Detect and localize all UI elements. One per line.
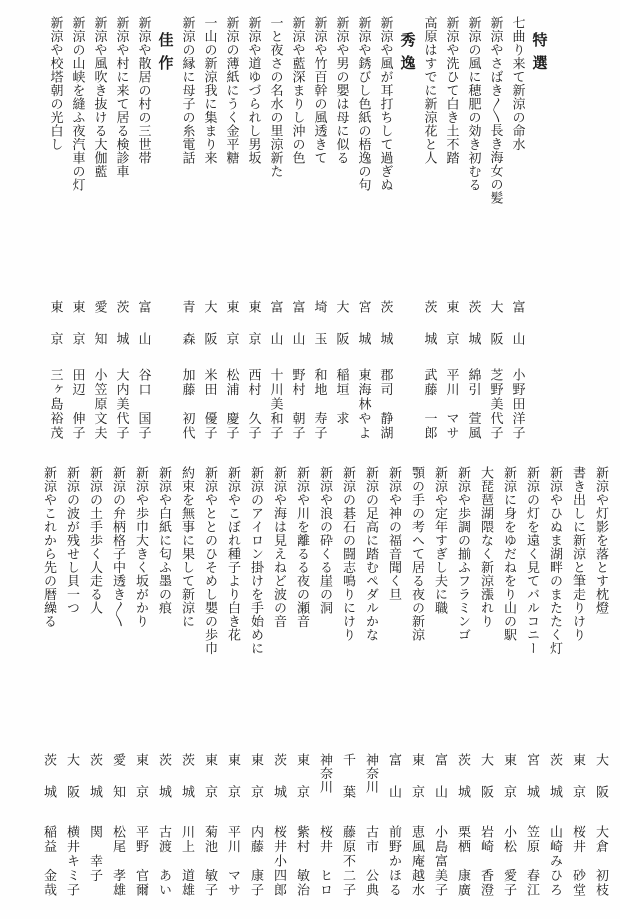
poet-name: 加藤 初代 [181,368,194,441]
prefecture-label: 東京 [225,300,238,364]
lower-half-columns: 新涼や灯影を落とす枕燈 大阪 大倉 初枝 書き出しに新涼と筆走りけり 東京 桜井… [37,466,612,919]
prefecture-label: 東京 [49,300,62,364]
haiku-column: 新涼やさばき〳〵長き海女の髪 大阪 芝野美代子 [484,16,506,466]
haiku-text: 新涼に身をゆだねをり山の駅 [502,466,515,642]
haiku-text: 新涼やこれから先の暦繰る [42,466,55,628]
prefecture-label: 青森 [181,300,194,364]
haiku-column: 新涼や洗ひて白き土不踏 東京 平川 マサ [440,16,462,466]
haiku-text: 新涼や男の嬰は母に似る [335,16,348,165]
poet-name: 和地 寿子 [313,368,326,441]
haiku-text: 新涼や道ゆづられし男坂 [247,16,260,165]
section-header-label: 特選 [532,32,547,78]
prefecture-label: 茨城 [456,753,469,817]
poet-name: 紫村 敏治 [295,825,308,898]
haiku-column: 新涼や白紙に匂ふ墨の痕 茨城 古渡 あい [152,466,175,919]
poet-name: 桜井 ヒロ [318,825,331,898]
poet-name: 小島富美子 [433,825,446,898]
section-header: 特選 [528,16,550,466]
haiku-column: 新涼やととのひそめし嬰の歩巾 東京 菊池 敏子 [198,466,221,919]
haiku-column: 書き出しに新涼と筆走りけり 東京 桜井 砂堂 [566,466,589,919]
poet-name: 古市 公典 [364,825,377,898]
haiku-column: 新涼や校塔朝の光白し 東京 三ヶ島裕茂 [44,16,66,466]
prefecture-label: 大阪 [203,300,216,364]
haiku-text: 新涼の足高に踏むペダルかな [364,466,377,642]
prefecture-label: 東京 [226,753,239,817]
poet-name: 平野 官爾 [134,825,147,898]
poet-name: 川上 道雄 [180,825,193,898]
poet-name: 前野かほる [387,825,400,898]
haiku-text: 新涼や風吹き抜ける大伽藍 [93,16,106,178]
haiku-text: 新涼や竹百幹の風透きて [313,16,326,165]
prefecture-label: 埼玉 [313,300,326,364]
poet-name: 十川美和子 [269,368,282,441]
prefecture-label: 茨城 [379,300,392,364]
haiku-column: 新涼に身をゆだねをり山の駅 東京 小松 愛子 [497,466,520,919]
haiku-text: 新涼や神の福音聞く旦 [387,466,400,601]
haiku-text: 新涼や校塔朝の光白し [49,16,62,151]
section-header: 秀逸 [396,16,418,466]
haiku-text: 新涼の灯を遠く見てバルコニー [525,466,538,655]
haiku-text: 新涼の土手歩く人走る人 [88,466,101,615]
haiku-text: 大琵琶湖隈なく新涼漲れり [479,466,492,628]
haiku-column: 新涼や風吹き抜ける大伽藍 愛知 小笠原文夫 [88,16,110,466]
haiku-text: 新涼の風に穂肥の効き初むる [467,16,480,192]
haiku-column: 新涼の灯を遠く見てバルコニー 宮城 笠原 春江 [520,466,543,919]
prefecture-label: 茨城 [88,753,101,817]
haiku-column: 新涼や村に来て居る検診車 茨城 大内美代子 [110,16,132,466]
haiku-column: 新涼の波が残せし貝一つ 大阪 横井キミ子 [60,466,83,919]
prefecture-label: 茨城 [272,753,285,817]
poet-name: 稲垣 求 [335,368,348,426]
haiku-text: 書き出しに新涼と筆走りけり [571,466,584,642]
haiku-text: 新涼の碁石の闘志鳴りにけり [341,466,354,642]
prefecture-label: 大阪 [479,753,492,817]
poet-name: 松浦 慶子 [225,368,238,441]
prefecture-label: 富山 [433,753,446,817]
haiku-column: 新涼の山峡を縫ふ夜汽車の灯 東京 田辺 伸子 [66,16,88,466]
poet-name: 小笠原文夫 [93,368,106,441]
haiku-column: 新涼や川を離るる夜の瀬音 東京 紫村 敏治 [290,466,313,919]
poet-name: 笠原 春江 [525,825,538,898]
haiku-text: 新涼やこぼれ種子より白き花 [226,466,239,642]
haiku-text: 一山の新涼我に集まり来 [203,16,216,165]
prefecture-label: 大阪 [489,300,502,364]
haiku-text: 新涼や灯影を落とす枕燈 [594,466,607,615]
poet-name: 田辺 伸子 [71,368,84,441]
prefecture-label: 大阪 [335,300,348,364]
prefecture-label: 茨城 [467,300,480,364]
poet-name: 米田 優子 [203,368,216,441]
haiku-text: 新涼や銹びし色紙の梧逸の句 [357,16,370,192]
haiku-text: 約束を無事に果して新涼に [180,466,193,628]
haiku-column: 新涼の弁柄格子中透き〳〵 愛知 松尾 孝雄 [106,466,129,919]
prefecture-label: 東京 [445,300,458,364]
haiku-text: 一と夜さの名水の里涼新た [269,16,282,178]
haiku-column: 新涼や散居の村の三世帯 富山 谷口 国子 [132,16,154,466]
haiku-column: 新涼や竹百幹の風透きて 埼玉 和地 寿子 [308,16,330,466]
poet-name: 小松 愛子 [502,825,515,898]
haiku-text: 顎の手の考へて居る夜の新涼 [410,466,423,642]
poet-name: 桜井小四郎 [272,825,285,898]
prefecture-label: 神奈川 [318,753,331,794]
prefecture-label: 茨城 [180,753,193,817]
poet-name: 桜井 砂堂 [571,825,584,898]
haiku-text: 新涼や藍深まりし沖の色 [291,16,304,165]
haiku-column: 新涼の薄紙にうく金平糖 東京 松浦 慶子 [220,16,242,466]
haiku-column: 新涼や定年すぎし夫に職 富山 小島富美子 [428,466,451,919]
prefecture-label: 東京 [71,300,84,364]
section-header-label: 佳作 [158,32,173,78]
haiku-column: 一山の新涼我に集まり来 大阪 米田 優子 [198,16,220,466]
poet-name: 藤原不二子 [341,825,354,898]
haiku-text: 新涼やととのひそめし嬰の歩巾 [203,466,216,655]
haiku-column: 新涼や道ゆづられし男坂 東京 西村 久子 [242,16,264,466]
prefecture-label: 東京 [502,753,515,817]
haiku-text: 新涼の薄紙にうく金平糖 [225,16,238,165]
poet-name: 山崎みひろ [548,825,561,898]
prefecture-label: 富山 [387,753,400,817]
haiku-column: 新涼や浪の砕くる崖の洞 神奈川 桜井 ヒロ [313,466,336,919]
haiku-column: 顎の手の考へて居る夜の新涼 東京 恵風庵越水 [405,466,428,919]
poet-name: 横井キミ子 [65,825,78,898]
poet-name: 岩崎 香澄 [479,825,492,898]
upper-half-columns: 特選 七曲り来て新涼の命水 富山 小野田洋子 新涼やさばき〳〵長き海女の髪 大阪… [44,16,550,466]
poet-name: 野村 朝子 [291,368,304,441]
haiku-text: 新涼や歩調の揃ふフラミンゴ [456,466,469,642]
poet-name: 郡司 静湖 [379,368,392,441]
prefecture-label: 東京 [571,753,584,817]
poet-name: 大倉 初枝 [594,825,607,898]
haiku-column: 新涼の土手歩く人走る人 茨城 関 幸子 [83,466,106,919]
prefecture-label: 東京 [249,753,262,817]
haiku-text: 新涼の縁に母子の糸電話 [181,16,194,165]
poet-name: 西村 久子 [247,368,260,441]
prefecture-label: 富山 [291,300,304,364]
haiku-text: 新涼や村に来て居る検診車 [115,16,128,178]
poet-name: 大内美代子 [115,368,128,441]
haiku-text: 七曲り来て新涼の命水 [511,16,524,151]
prefecture-label: 神奈川 [364,753,377,794]
haiku-column: 新涼の風に穂肥の効き初むる 茨城 綿引 萱風 [462,16,484,466]
poet-name: 三ヶ島裕茂 [49,368,62,441]
haiku-text: 新涼や白紙に匂ふ墨の痕 [157,466,170,615]
haiku-column: 新涼や風が耳打ちして過ぎぬ 茨城 郡司 静湖 [374,16,396,466]
haiku-column: 新涼や歩調の揃ふフラミンゴ 茨城 栗栖 康廣 [451,466,474,919]
poet-name: 恵風庵越水 [410,825,423,898]
prefecture-label: 愛知 [93,300,106,364]
poet-name: 平川 マサ [226,825,239,898]
prefecture-label: 茨城 [157,753,170,817]
haiku-column: 新涼や銹びし色紙の梧逸の句 宮城 東海林やよ [352,16,374,466]
prefecture-label: 宮城 [525,753,538,817]
haiku-column: 新涼のアイロン掛けを手始めに 東京 内藤 康子 [244,466,267,919]
haiku-text: 新涼やさばき〳〵長き海女の髪 [489,16,502,205]
prefecture-label: 富山 [137,300,150,364]
prefecture-label: 東京 [247,300,260,364]
haiku-text: 新涼や浪の砕くる崖の洞 [318,466,331,615]
prefecture-label: 千葉 [341,753,354,817]
haiku-column: 新涼やこれから先の暦繰る 茨城 稲益 金哉 [37,466,60,919]
haiku-column: 七曲り来て新涼の命水 富山 小野田洋子 [506,16,528,466]
haiku-text: 新涼や洗ひて白き土不踏 [445,16,458,165]
prefecture-label: 茨城 [115,300,128,364]
haiku-column: 新涼や灯影を落とす枕燈 大阪 大倉 初枝 [589,466,612,919]
haiku-column: 新涼の碁石の闘志鳴りにけり 千葉 藤原不二子 [336,466,359,919]
haiku-text: 新涼のアイロン掛けを手始めに [249,466,262,655]
haiku-column: 約束を無事に果して新涼に 茨城 川上 道雄 [175,466,198,919]
haiku-column: 新涼や藍深まりし沖の色 富山 野村 朝子 [286,16,308,466]
haiku-column: 高原はすでに新涼花と人 茨城 武藤 一郎 [418,16,440,466]
haiku-text: 新涼の波が残せし貝一つ [65,466,78,615]
haiku-column: 新涼や海は見えねど波の音 茨城 桜井小四郎 [267,466,290,919]
poet-name: 東海林やよ [357,368,370,441]
poet-name: 松尾 孝雄 [111,825,124,898]
haiku-column: 新涼の縁に母子の糸電話 青森 加藤 初代 [176,16,198,466]
prefecture-label: 東京 [295,753,308,817]
haiku-column: 大琵琶湖隈なく新涼漲れり 大阪 岩崎 香澄 [474,466,497,919]
haiku-text: 新涼の山峡を縫ふ夜汽車の灯 [71,16,84,192]
haiku-text: 新涼や川を離るる夜の瀬音 [295,466,308,628]
prefecture-label: 愛知 [111,753,124,817]
poet-name: 菊池 敏子 [203,825,216,898]
poet-name: 芝野美代子 [489,368,502,441]
prefecture-label: 富山 [269,300,282,364]
section-header: 佳作 [154,16,176,466]
prefecture-label: 東京 [410,753,423,817]
poet-name: 小野田洋子 [511,368,524,441]
prefecture-label: 大阪 [594,753,607,817]
haiku-column: 新涼の足高に踏むペダルかな 神奈川 古市 公典 [359,466,382,919]
haiku-text: 新涼の弁柄格子中透き〳〵 [111,466,124,628]
prefecture-label: 東京 [203,753,216,817]
poet-name: 栗栖 康廣 [456,825,469,898]
haiku-text: 新涼や歩巾大きく坂がかり [134,466,147,628]
haiku-text: 新涼や散居の村の三世帯 [137,16,150,165]
poet-name: 谷口 国子 [137,368,150,441]
haiku-text: 新涼や定年すぎし夫に職 [433,466,446,615]
prefecture-label: 富山 [511,300,524,364]
prefecture-label: 東京 [134,753,147,817]
poet-name: 綿引 萱風 [467,368,480,441]
poet-name: 古渡 あい [157,825,170,898]
haiku-column: 新涼や男の嬰は母に似る 大阪 稲垣 求 [330,16,352,466]
haiku-text: 高原はすでに新涼花と人 [423,16,436,165]
haiku-text: 新涼や海は見えねど波の音 [272,466,285,628]
prefecture-label: 宮城 [357,300,370,364]
haiku-column: 新涼や歩巾大きく坂がかり 東京 平野 官爾 [129,466,152,919]
haiku-text: 新涼や風が耳打ちして過ぎぬ [379,16,392,192]
poet-name: 武藤 一郎 [423,368,436,441]
poet-name: 関 幸子 [88,825,101,883]
prefecture-label: 茨城 [423,300,436,364]
poet-name: 稲益 金哉 [42,825,55,898]
haiku-text: 新涼やひぬま湖畔のまたたく灯 [548,466,561,655]
haiku-column: 新涼や神の福音聞く旦 富山 前野かほる [382,466,405,919]
prefecture-label: 大阪 [65,753,78,817]
haiku-column: 一と夜さの名水の里涼新た 富山 十川美和子 [264,16,286,466]
poet-name: 内藤 康子 [249,825,262,898]
prefecture-label: 茨城 [42,753,55,817]
poet-name: 平川 マサ [445,368,458,441]
haiku-page: 特選 七曲り来て新涼の命水 富山 小野田洋子 新涼やさばき〳〵長き海女の髪 大阪… [0,0,620,919]
haiku-column: 新涼やひぬま湖畔のまたたく灯 茨城 山崎みひろ [543,466,566,919]
section-header-label: 秀逸 [400,32,415,78]
haiku-column: 新涼やこぼれ種子より白き花 東京 平川 マサ [221,466,244,919]
prefecture-label: 茨城 [548,753,561,817]
